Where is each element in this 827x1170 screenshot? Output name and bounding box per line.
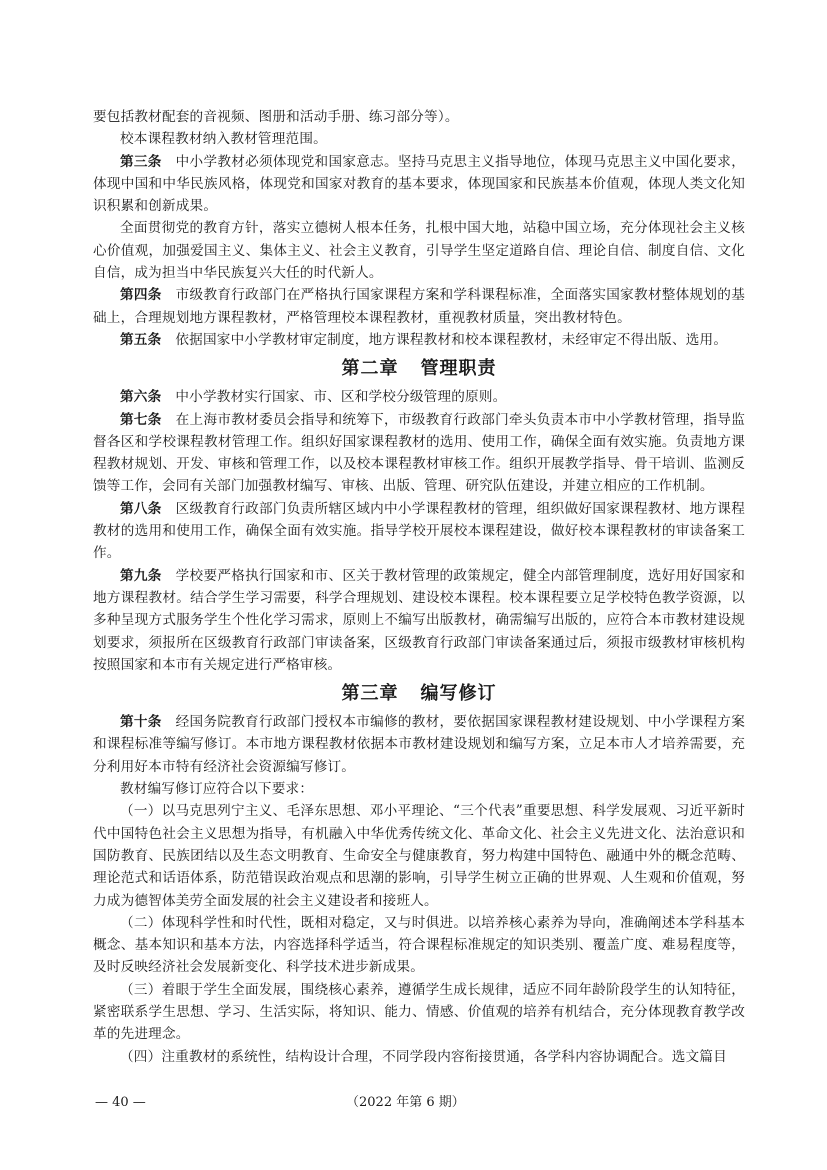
paragraph-text: 市级教育行政部门在严格执行国家课程方案和学科课程标准，全面落实国家教材整体规划的…: [93, 287, 745, 325]
body-paragraph: 要包括教材配套的音视频、图册和活动手册、练习部分等）。: [93, 106, 745, 128]
section-chapter-2: 第六条中小学教材实行国家、市、区和学校分级管理的原则。第七条在上海市教材委员会指…: [93, 386, 745, 676]
paragraph-text: 教材编写修订应符合以下要求：: [120, 781, 313, 797]
article-label: 第三条: [120, 154, 162, 170]
paragraph-text: 中小学教材必须体现党和国家意志。坚持马克思主义指导地位，体现马克思主义中国化要求…: [93, 154, 745, 215]
paragraph-text: 在上海市教材委员会指导和统筹下，市级教育行政部门牵头负责本市中小学教材管理，指导…: [93, 412, 745, 495]
paragraph-text: 学校要严格执行国家和市、区关于教材管理的政策规定，健全内部管理制度，选好用好国家…: [93, 568, 745, 673]
article-paragraph: 第七条在上海市教材委员会指导和统筹下，市级教育行政部门牵头负责本市中小学教材管理…: [93, 409, 745, 498]
paragraph-text: 区级教育行政部门负责所辖区域内中小学课程教材的管理，组织做好国家课程教材、地方课…: [93, 501, 745, 562]
body-paragraph: （一）以马克思列宁主义、毛泽东思想、邓小平理论、“三个代表”重要思想、科学发展观…: [93, 800, 745, 911]
paragraph-text: 校本课程教材纳入教材管理范围。: [120, 131, 327, 147]
paragraph-text: 中小学教材实行国家、市、区和学校分级管理的原则。: [175, 389, 506, 405]
article-paragraph: 第六条中小学教材实行国家、市、区和学校分级管理的原则。: [93, 386, 745, 408]
paragraph-text: （二）体现科学性和时代性，既相对稳定，又与时俱进。以培养核心素养为导向，准确阐述…: [93, 915, 745, 976]
paragraph-text: 全面贯彻党的教育方针，落实立德树人根本任务，扎根中国大地，站稳中国立场，充分体现…: [93, 220, 745, 281]
article-label: 第六条: [120, 389, 161, 405]
paragraph-text: 依据国家中小学教材审定制度，地方课程教材和校本课程教材，未经审定不得出版、选用。: [175, 332, 727, 348]
body-paragraph: 教材编写修订应符合以下要求：: [93, 778, 745, 800]
article-paragraph: 第三条中小学教材必须体现党和国家意志。坚持马克思主义指导地位，体现马克思主义中国…: [93, 151, 745, 218]
article-label: 第八条: [120, 501, 162, 517]
body-paragraph: （二）体现科学性和时代性，既相对稳定，又与时俱进。以培养核心素养为导向，准确阐述…: [93, 912, 745, 979]
chapter-heading-3: 第三章编写修订: [93, 679, 745, 709]
article-label: 第四条: [120, 287, 162, 303]
paragraph-text: 经国务院教育行政部门授权本市编修的教材，要依据国家课程教材建设规划、中小学课程方…: [93, 714, 745, 775]
article-paragraph: 第十条经国务院教育行政部门授权本市编修的教材，要依据国家课程教材建设规划、中小学…: [93, 711, 745, 778]
article-paragraph: 第四条市级教育行政部门在严格执行国家课程方案和学科课程标准，全面落实国家教材整体…: [93, 284, 745, 329]
chapter-number: 第二章: [342, 358, 399, 379]
article-label: 第九条: [120, 568, 162, 584]
article-paragraph: 第八条区级教育行政部门负责所辖区域内中小学课程教材的管理，组织做好国家课程教材、…: [93, 498, 745, 565]
chapter-title: 编写修订: [421, 683, 497, 704]
section-intro: 要包括教材配套的音视频、图册和活动手册、练习部分等）。校本课程教材纳入教材管理范…: [93, 106, 745, 351]
issue-label: （2022 年第 6 期）: [346, 1093, 465, 1113]
article-label: 第十条: [120, 714, 162, 730]
document-page: 要包括教材配套的音视频、图册和活动手册、练习部分等）。校本课程教材纳入教材管理范…: [93, 106, 745, 1068]
section-chapter-3: 第十条经国务院教育行政部门授权本市编修的教材，要依据国家课程教材建设规划、中小学…: [93, 711, 745, 1068]
paragraph-text: （四）注重教材的系统性，结构设计合理，不同学段内容衔接贯通，各学科内容协调配合。…: [120, 1049, 727, 1065]
body-paragraph: （三）着眼于学生全面发展，围绕核心素养，遵循学生成长规律，适应不同年龄阶段学生的…: [93, 979, 745, 1046]
article-label: 第七条: [120, 412, 162, 428]
article-label: 第五条: [120, 332, 161, 348]
chapter-heading-2: 第二章管理职责: [93, 354, 745, 384]
body-paragraph: 校本课程教材纳入教材管理范围。: [93, 128, 745, 150]
paragraph-text: 要包括教材配套的音视频、图册和活动手册、练习部分等）。: [93, 109, 459, 125]
paragraph-text: （一）以马克思列宁主义、毛泽东思想、邓小平理论、“三个代表”重要思想、科学发展观…: [93, 803, 745, 908]
article-paragraph: 第五条依据国家中小学教材审定制度，地方课程教材和校本课程教材，未经审定不得出版、…: [93, 329, 745, 351]
article-paragraph: 第九条学校要严格执行国家和市、区关于教材管理的政策规定，健全内部管理制度，选好用…: [93, 565, 745, 676]
body-paragraph: （四）注重教材的系统性，结构设计合理，不同学段内容衔接贯通，各学科内容协调配合。…: [93, 1046, 745, 1068]
page-number: — 40 —: [95, 1093, 146, 1113]
paragraph-text: （三）着眼于学生全面发展，围绕核心素养，遵循学生成长规律，适应不同年龄阶段学生的…: [93, 982, 745, 1043]
body-paragraph: 全面贯彻党的教育方针，落实立德树人根本任务，扎根中国大地，站稳中国立场，充分体现…: [93, 217, 745, 284]
chapter-number: 第三章: [342, 683, 399, 704]
chapter-title: 管理职责: [421, 358, 497, 379]
